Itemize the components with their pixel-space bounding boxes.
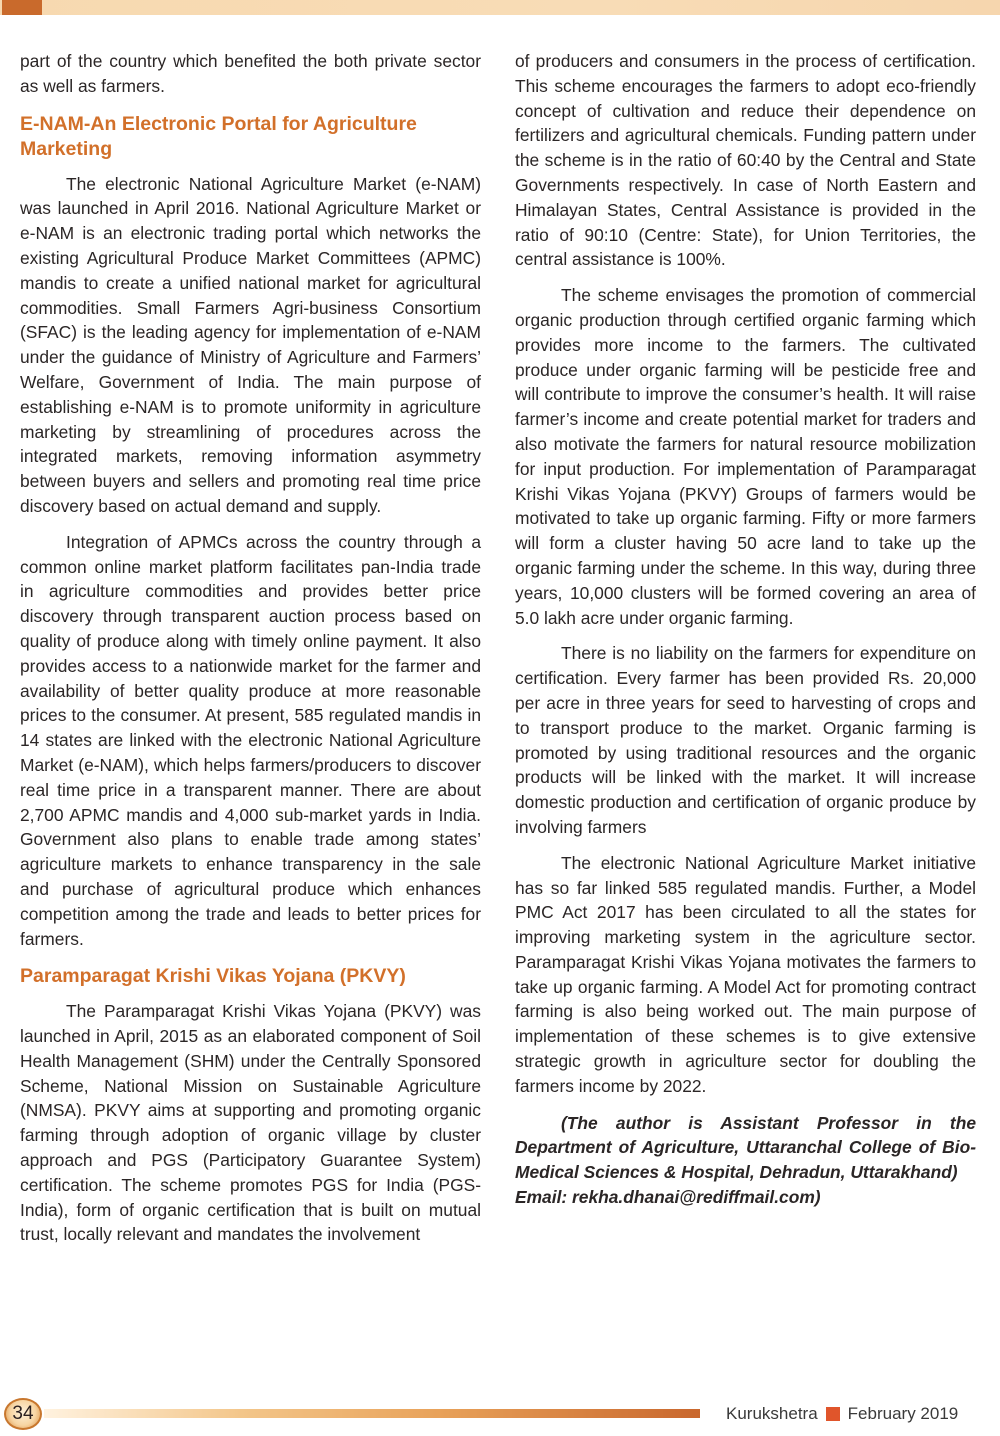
header-color-bar xyxy=(0,0,1000,15)
footer-gradient-bar xyxy=(44,1409,700,1418)
separator-square-icon xyxy=(826,1407,840,1421)
magazine-name: Kurukshetra xyxy=(726,1404,818,1424)
header-accent-block xyxy=(2,0,42,15)
author-affiliation: (The author is Assistant Professor in th… xyxy=(515,1113,976,1183)
paragraph-enam-intro: The electronic National Agriculture Mark… xyxy=(20,172,481,519)
paragraph-enam-summary: The electronic National Agriculture Mark… xyxy=(515,851,976,1099)
footer-publication-info: Kurukshetra February 2019 xyxy=(726,1404,958,1424)
left-column: part of the country which benefited the … xyxy=(20,49,481,1258)
page-number: 34 xyxy=(12,1403,33,1425)
paragraph-scheme-promotion: The scheme envisages the promotion of co… xyxy=(515,283,976,630)
paragraph-no-liability: There is no liability on the farmers for… xyxy=(515,641,976,839)
paragraph-pkvy-intro: The Paramparagat Krishi Vikas Yojana (PK… xyxy=(20,999,481,1247)
author-note: (The author is Assistant Professor in th… xyxy=(515,1111,976,1185)
paragraph-continuation: part of the country which benefited the … xyxy=(20,49,481,99)
section-heading-enam: E-NAM-An Electronic Portal for Agricultu… xyxy=(20,112,481,162)
issue-date: February 2019 xyxy=(848,1404,959,1424)
page-footer: 34 Kurukshetra February 2019 xyxy=(0,1396,1000,1436)
section-heading-pkvy: Paramparagat Krishi Vikas Yojana (PKVY) xyxy=(20,964,481,989)
author-email: Email: rekha.dhanai@rediffmail.com) xyxy=(515,1185,976,1210)
paragraph-apmc-integration: Integration of APMCs across the country … xyxy=(20,530,481,952)
paragraph-certification-funding: of producers and consumers in the proces… xyxy=(515,49,976,272)
page-number-badge: 34 xyxy=(4,1398,42,1430)
right-column: of producers and consumers in the proces… xyxy=(515,49,976,1210)
